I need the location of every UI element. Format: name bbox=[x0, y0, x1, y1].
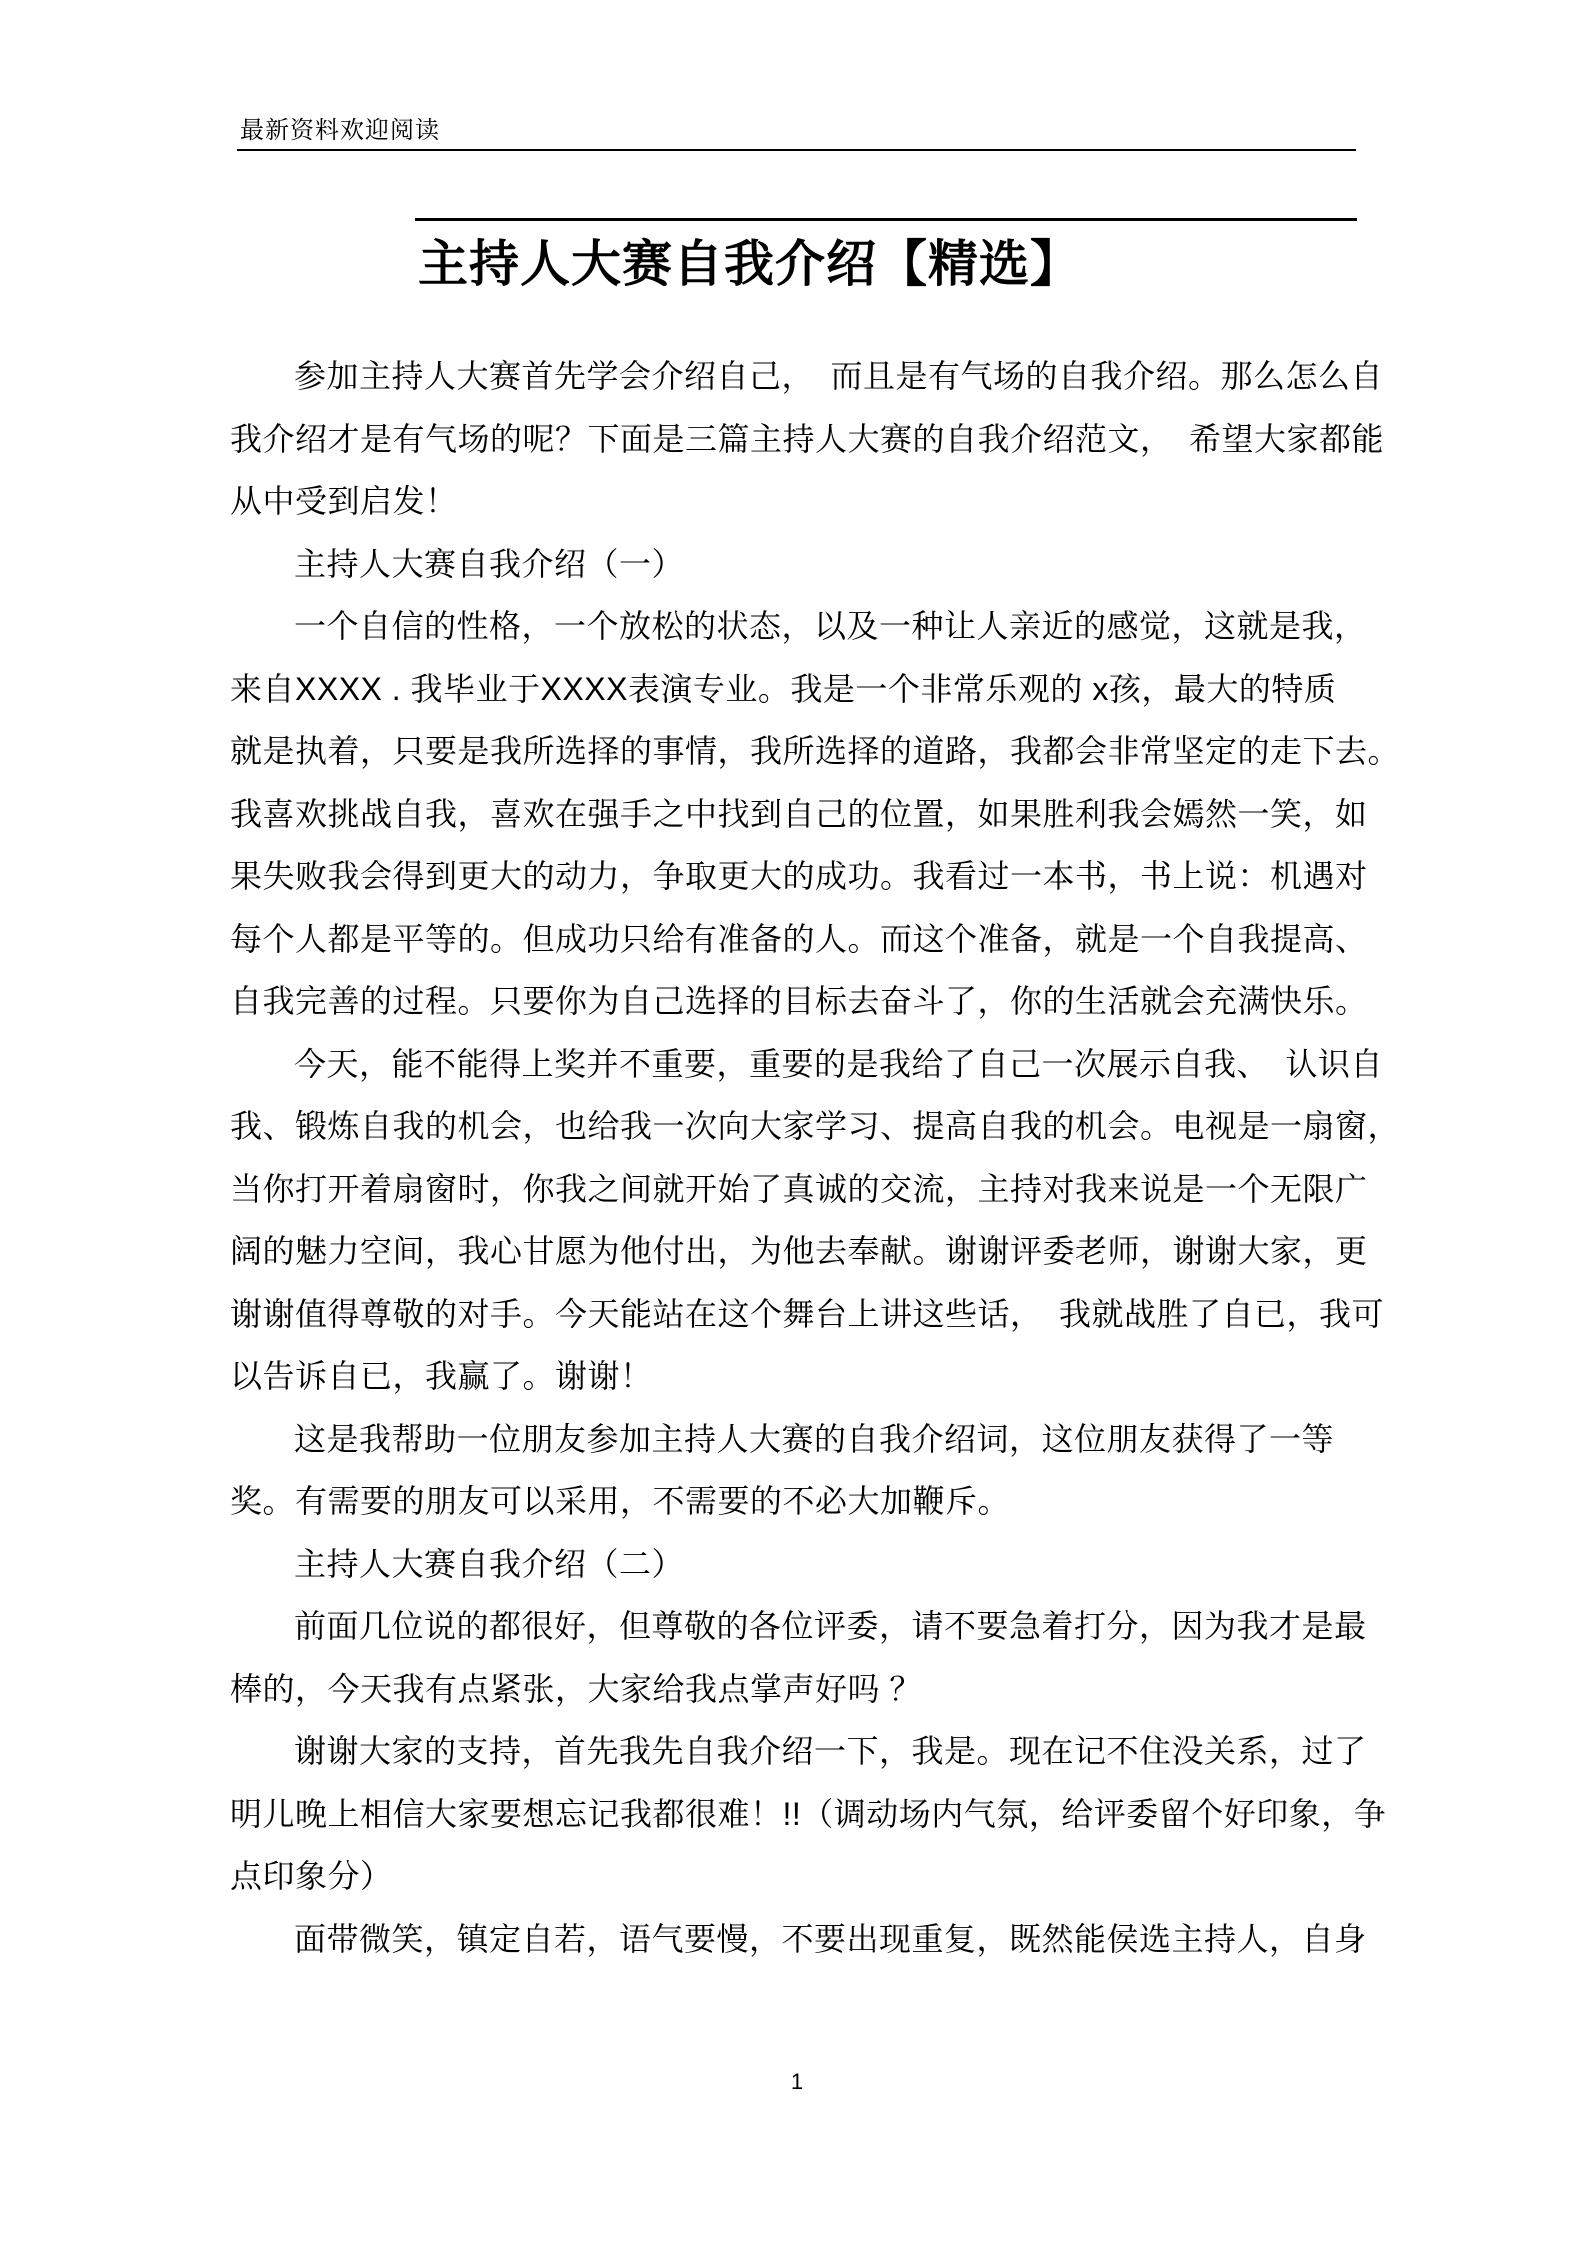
header-rule bbox=[237, 149, 1356, 151]
text-line: 以告诉自已，我赢了。谢谢！ bbox=[230, 1345, 1364, 1408]
document-page: 最新资料欢迎阅读 主持人大赛自我介绍【精选】 参加主持人大赛首先学会介绍自己， … bbox=[0, 0, 1594, 2256]
text-line: 果失败我会得到更大的动力，争取更大的成功。我看过一本书，书上说：机遇对 bbox=[230, 845, 1364, 908]
page-title: 主持人大赛自我介绍【精选】 bbox=[418, 224, 1081, 296]
section-heading-line: 主持人大赛自我介绍（二） bbox=[230, 1533, 1364, 1596]
title-rule bbox=[415, 218, 1357, 221]
text-line: 就是执着，只要是我所选择的事情，我所选择的道路，我都会非常坚定的走下去。 bbox=[230, 720, 1364, 783]
header-notice: 最新资料欢迎阅读 bbox=[240, 116, 440, 146]
text-line: 面带微笑，镇定自若，语气要慢，不要出现重复，既然能侯选主持人，自身 bbox=[230, 1908, 1364, 1971]
text-line: 从中受到启发！ bbox=[230, 470, 1364, 533]
text-line: 这是我帮助一位朋友参加主持人大赛的自我介绍词，这位朋友获得了一等 bbox=[230, 1408, 1364, 1471]
text-line: 我喜欢挑战自我，喜欢在强手之中找到自己的位置，如果胜利我会嫣然一笑，如 bbox=[230, 783, 1364, 846]
section-heading-line: 主持人大赛自我介绍（一） bbox=[230, 533, 1364, 596]
text-line: 奖。有需要的朋友可以采用，不需要的不必大加鞭斥。 bbox=[230, 1470, 1364, 1533]
text-line: 阔的魅力空间，我心甘愿为他付出，为他去奉献。谢谢评委老师，谢谢大家，更 bbox=[230, 1220, 1364, 1283]
text-line: 谢谢值得尊敬的对手。今天能站在这个舞台上讲这些话， 我就战胜了自已，我可 bbox=[230, 1283, 1364, 1346]
text-line: 今天，能不能得上奖并不重要，重要的是我给了自己一次展示自我、 认识自 bbox=[230, 1033, 1364, 1096]
text-line: 我、锻炼自我的机会，也给我一次向大家学习、提高自我的机会。电视是一扇窗， bbox=[230, 1095, 1364, 1158]
text-line: 谢谢大家的支持，首先我先自我介绍一下，我是。现在记不住没关系，过了 bbox=[230, 1720, 1364, 1783]
text-line: 我介绍才是有气场的呢？下面是三篇主持人大赛的自我介绍范文， 希望大家都能 bbox=[230, 408, 1364, 471]
text-line: 来自XXXX . 我毕业于XXXX表演专业。我是一个非常乐观的 x孩，最大的特质 bbox=[230, 658, 1364, 721]
text-line: 点印象分） bbox=[230, 1845, 1364, 1908]
text-line: 一个自信的性格，一个放松的状态，以及一种让人亲近的感觉，这就是我， bbox=[230, 595, 1364, 658]
document-body: 参加主持人大赛首先学会介绍自己， 而且是有气场的自我介绍。那么怎么自 我介绍才是… bbox=[230, 345, 1364, 1970]
text-line: 每个人都是平等的。但成功只给有准备的人。而这个准备，就是一个自我提高、 bbox=[230, 908, 1364, 971]
text-line: 棒的，今天我有点紧张，大家给我点掌声好吗 ？ bbox=[230, 1658, 1364, 1721]
text-line: 参加主持人大赛首先学会介绍自己， 而且是有气场的自我介绍。那么怎么自 bbox=[230, 345, 1364, 408]
page-number: 1 bbox=[0, 2068, 1594, 2096]
text-line: 当你打开着扇窗时，你我之间就开始了真诚的交流，主持对我来说是一个无限广 bbox=[230, 1158, 1364, 1221]
text-line: 自我完善的过程。只要你为自己选择的目标去奋斗了，你的生活就会充满快乐。 bbox=[230, 970, 1364, 1033]
text-line: 前面几位说的都很好，但尊敬的各位评委，请不要急着打分，因为我才是最 bbox=[230, 1595, 1364, 1658]
text-line: 明儿晚上相信大家要想忘记我都很难！!!（调动场内气氛，给评委留个好印象，争 bbox=[230, 1783, 1364, 1846]
